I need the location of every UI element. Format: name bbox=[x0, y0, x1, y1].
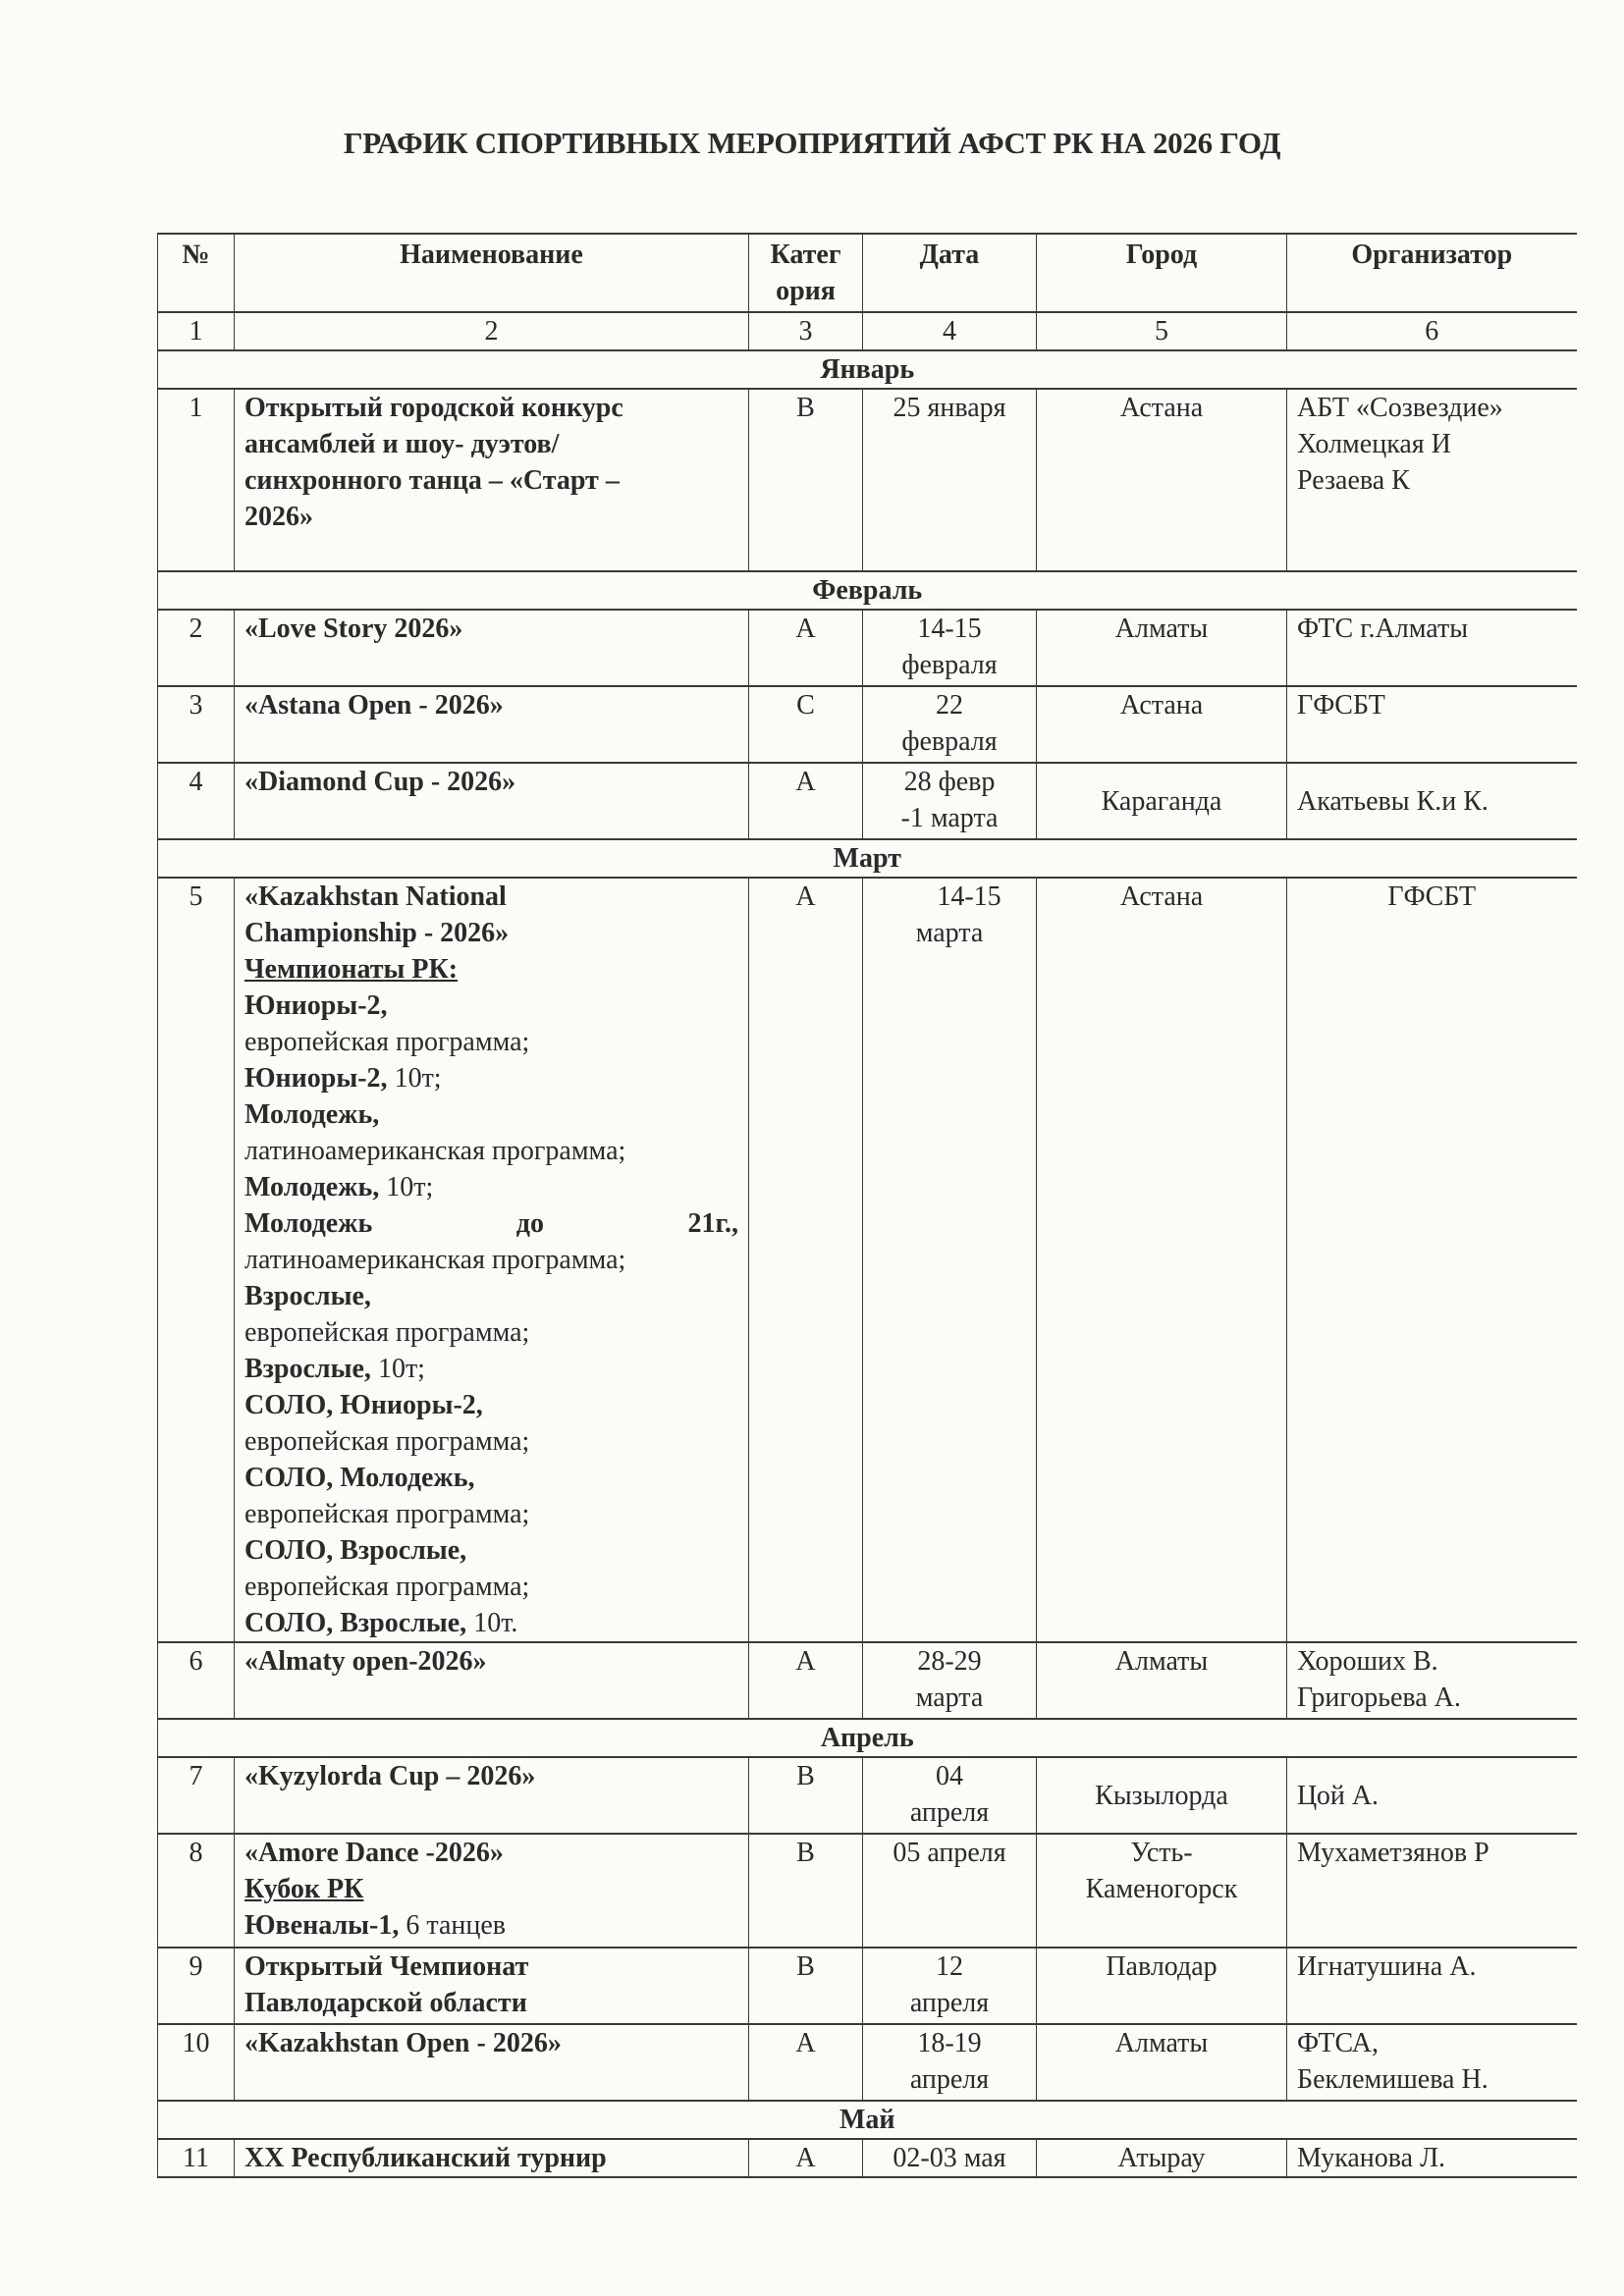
program-line: Юниоры-2, bbox=[244, 988, 738, 1024]
table-row: 8 «Amore Dance -2026» Кубок РК Ювеналы-1… bbox=[158, 1834, 1577, 1948]
event-name-line: Открытый городской конкурс bbox=[244, 390, 738, 426]
event-name-line: «Amore Dance -2026» bbox=[244, 1835, 738, 1871]
event-subheading: Кубок РК bbox=[244, 1871, 738, 1907]
column-index: 2 bbox=[235, 312, 749, 350]
program-detail: европейская программа; bbox=[244, 1426, 529, 1457]
program-line-justified: Молодежь до 21г., bbox=[244, 1205, 738, 1242]
event-name: «Kyzylorda Cup – 2026» bbox=[235, 1757, 749, 1834]
header-category: Катег ория bbox=[749, 234, 863, 312]
organizer-line: Беклемишева Н. bbox=[1297, 2061, 1567, 2098]
program-group: Взрослые, bbox=[244, 1354, 371, 1384]
event-date: 18-19 апреля bbox=[863, 2024, 1037, 2101]
program-group: Ювеналы-1, bbox=[244, 1910, 399, 1941]
month-row-march: Март bbox=[158, 839, 1577, 878]
header-category-line: ория bbox=[759, 273, 852, 309]
event-name: XX Республиканский турнир bbox=[235, 2139, 749, 2177]
program-detail: латиноамериканская программа; bbox=[244, 1245, 625, 1275]
event-name-line: Championship - 2026» bbox=[244, 915, 738, 951]
event-city: Алматы bbox=[1037, 610, 1287, 686]
date-line: апреля bbox=[867, 1794, 1032, 1831]
program-line: европейская программа; bbox=[244, 1569, 738, 1605]
event-category: А bbox=[749, 878, 863, 1642]
row-number: 11 bbox=[158, 2139, 235, 2177]
event-date: 12 апреля bbox=[863, 1948, 1037, 2024]
event-city: Усть- Каменогорск bbox=[1037, 1834, 1287, 1948]
program-line: СОЛО, Юниоры-2, bbox=[244, 1387, 738, 1423]
program-detail: латиноамериканская программа; bbox=[244, 1136, 625, 1166]
date-line: -1 марта bbox=[867, 800, 1032, 836]
month-label: Май bbox=[158, 2101, 1577, 2139]
program-group: Молодежь, bbox=[244, 1099, 379, 1130]
event-city: Алматы bbox=[1037, 1642, 1287, 1719]
program-group: Юниоры-2, bbox=[244, 1063, 388, 1094]
table-row: 1 Открытый городской конкурс ансамблей и… bbox=[158, 389, 1577, 571]
header-name: Наименование bbox=[235, 234, 749, 312]
date-line: апреля bbox=[867, 2061, 1032, 2098]
row-number: 8 bbox=[158, 1834, 235, 1948]
month-row-april: Апрель bbox=[158, 1719, 1577, 1757]
city-line: Каменогорск bbox=[1047, 1871, 1276, 1907]
event-name: «Amore Dance -2026» Кубок РК Ювеналы-1, … bbox=[235, 1834, 749, 1948]
event-city: Астана bbox=[1037, 686, 1287, 763]
event-name: «Diamond Cup - 2026» bbox=[235, 763, 749, 839]
month-label: Январь bbox=[158, 350, 1577, 389]
row-number: 5 bbox=[158, 878, 235, 1642]
event-name-line: синхронного танца – «Старт – bbox=[244, 462, 738, 499]
program-line: европейская программа; bbox=[244, 1024, 738, 1060]
organizer-line: Хороших В. bbox=[1297, 1643, 1567, 1680]
date-line: марта bbox=[867, 915, 1032, 951]
event-category: В bbox=[749, 1948, 863, 2024]
row-number: 9 bbox=[158, 1948, 235, 2024]
event-date: 14-15 февраля bbox=[863, 610, 1037, 686]
table-header-row: № Наименование Катег ория Дата Город Орг… bbox=[158, 234, 1577, 312]
event-name-line: «Kazakhstan National bbox=[244, 879, 738, 915]
date-line: 14-15 bbox=[867, 879, 1032, 915]
city-line: Усть- bbox=[1047, 1835, 1276, 1871]
table-row: 7 «Kyzylorda Cup – 2026» В 04 апреля Кыз… bbox=[158, 1757, 1577, 1834]
program-line: европейская программа; bbox=[244, 1496, 738, 1532]
table-row: 5 «Kazakhstan National Championship - 20… bbox=[158, 878, 1577, 1642]
organizer-line: Холмецкая И bbox=[1297, 426, 1567, 462]
event-date: 25 января bbox=[863, 389, 1037, 571]
organizer-line: ФТСА, bbox=[1297, 2025, 1567, 2061]
event-name-line: ансамблей и шоу- дуэтов/ bbox=[244, 426, 738, 462]
event-date: 02-03 мая bbox=[863, 2139, 1037, 2177]
date-line: 28 февр bbox=[867, 764, 1032, 800]
event-organizer: АБТ «Созвездие» Холмецкая И Резаева К bbox=[1287, 389, 1577, 571]
event-category: С bbox=[749, 686, 863, 763]
table-row: 9 Открытый Чемпионат Павлодарской област… bbox=[158, 1948, 1577, 2024]
event-name-line: Павлодарской области bbox=[244, 1985, 738, 2021]
event-category: А bbox=[749, 2024, 863, 2101]
document-title: ГРАФИК СПОРТИВНЫХ МЕРОПРИЯТИЙ АФСТ РК НА… bbox=[0, 126, 1624, 161]
row-number: 4 bbox=[158, 763, 235, 839]
row-number: 1 bbox=[158, 389, 235, 571]
event-organizer: Хороших В. Григорьева А. bbox=[1287, 1642, 1577, 1719]
date-line: февраля bbox=[867, 723, 1032, 760]
program-detail: европейская программа; bbox=[244, 1572, 529, 1602]
event-category: А bbox=[749, 763, 863, 839]
row-number: 6 bbox=[158, 1642, 235, 1719]
month-row-february: Февраль bbox=[158, 571, 1577, 610]
program-group: Взрослые, bbox=[244, 1281, 371, 1311]
event-organizer: ФТСА, Беклемишева Н. bbox=[1287, 2024, 1577, 2101]
event-date: 28 февр -1 марта bbox=[863, 763, 1037, 839]
program-line: Молодежь, bbox=[244, 1096, 738, 1133]
column-index-row: 1 2 3 4 5 6 bbox=[158, 312, 1577, 350]
event-date: 14-15 марта bbox=[863, 878, 1037, 1642]
program-detail: европейская программа; bbox=[244, 1499, 529, 1529]
table-row: 11 XX Республиканский турнир А 02-03 мая… bbox=[158, 2139, 1577, 2177]
event-organizer: Муканова Л. bbox=[1287, 2139, 1577, 2177]
date-line: апреля bbox=[867, 1985, 1032, 2021]
program-group: СОЛО, Молодежь, bbox=[244, 1463, 475, 1493]
program-detail: 10т; bbox=[388, 1063, 442, 1094]
header-organizer: Организатор bbox=[1287, 234, 1577, 312]
date-line: 22 bbox=[867, 687, 1032, 723]
program-group: СОЛО, Взрослые, bbox=[244, 1535, 466, 1566]
event-category: В bbox=[749, 1834, 863, 1948]
event-organizer: Цой А. bbox=[1287, 1757, 1577, 1834]
month-label: Апрель bbox=[158, 1719, 1577, 1757]
program-group: Молодежь, bbox=[244, 1172, 379, 1202]
month-row-january: Январь bbox=[158, 350, 1577, 389]
event-name: Открытый Чемпионат Павлодарской области bbox=[235, 1948, 749, 2024]
program-detail: европейская программа; bbox=[244, 1317, 529, 1348]
event-organizer: ГФСБТ bbox=[1287, 686, 1577, 763]
organizer-line: Резаева К bbox=[1297, 462, 1567, 499]
column-index: 1 bbox=[158, 312, 235, 350]
program-word: 21г., bbox=[687, 1205, 738, 1242]
date-line: 18-19 bbox=[867, 2025, 1032, 2061]
program-line: Взрослые, bbox=[244, 1278, 738, 1314]
program-line: Юниоры-2, 10т; bbox=[244, 1060, 738, 1096]
event-name-line: 2026» bbox=[244, 499, 738, 535]
program-detail: 6 танцев bbox=[399, 1910, 506, 1941]
event-city: Павлодар bbox=[1037, 1948, 1287, 2024]
event-organizer: Мухаметзянов Р bbox=[1287, 1834, 1577, 1948]
header-num: № bbox=[158, 234, 235, 312]
row-number: 2 bbox=[158, 610, 235, 686]
event-city: Атырау bbox=[1037, 2139, 1287, 2177]
program-line: Молодежь, 10т; bbox=[244, 1169, 738, 1205]
table-row: 2 «Love Story 2026» А 14-15 февраля Алма… bbox=[158, 610, 1577, 686]
table-row: 10 «Kazakhstan Open - 2026» А 18-19 апре… bbox=[158, 2024, 1577, 2101]
row-number: 10 bbox=[158, 2024, 235, 2101]
program-detail: 10т; bbox=[371, 1354, 425, 1384]
event-name: «Love Story 2026» bbox=[235, 610, 749, 686]
program-line: СОЛО, Взрослые, 10т. bbox=[244, 1605, 738, 1641]
event-organizer: ГФСБТ bbox=[1287, 878, 1577, 1642]
program-line: латиноамериканская программа; bbox=[244, 1133, 738, 1169]
event-name: Открытый городской конкурс ансамблей и ш… bbox=[235, 389, 749, 571]
event-category: А bbox=[749, 610, 863, 686]
event-name: «Kazakhstan Open - 2026» bbox=[235, 2024, 749, 2101]
date-line: 12 bbox=[867, 1949, 1032, 1985]
column-index: 5 bbox=[1037, 312, 1287, 350]
column-index: 6 bbox=[1287, 312, 1577, 350]
event-subheading: Чемпионаты РК: bbox=[244, 951, 738, 988]
event-date: 22 февраля bbox=[863, 686, 1037, 763]
program-line: Взрослые, 10т; bbox=[244, 1351, 738, 1387]
event-city: Караганда bbox=[1037, 763, 1287, 839]
header-category-line: Катег bbox=[759, 237, 852, 273]
month-label: Февраль bbox=[158, 571, 1577, 610]
month-row-may: Май bbox=[158, 2101, 1577, 2139]
row-number: 3 bbox=[158, 686, 235, 763]
program-line: Ювеналы-1, 6 танцев bbox=[244, 1907, 738, 1944]
program-line: европейская программа; bbox=[244, 1314, 738, 1351]
event-name: «Astana Open - 2026» bbox=[235, 686, 749, 763]
program-line: латиноамериканская программа; bbox=[244, 1242, 738, 1278]
organizer-line: Григорьева А. bbox=[1297, 1680, 1567, 1716]
event-category: А bbox=[749, 2139, 863, 2177]
table-row: 3 «Astana Open - 2026» С 22 февраля Аста… bbox=[158, 686, 1577, 763]
date-line: марта bbox=[867, 1680, 1032, 1716]
event-organizer: ФТС г.Алматы bbox=[1287, 610, 1577, 686]
event-date: 28-29 марта bbox=[863, 1642, 1037, 1719]
program-line: европейская программа; bbox=[244, 1423, 738, 1460]
program-detail: 10т. bbox=[466, 1608, 517, 1638]
event-category: В bbox=[749, 1757, 863, 1834]
event-organizer: Акатьевы К.и К. bbox=[1287, 763, 1577, 839]
event-organizer: Игнатушина А. bbox=[1287, 1948, 1577, 2024]
header-date: Дата bbox=[863, 234, 1037, 312]
events-schedule-table: № Наименование Катег ория Дата Город Орг… bbox=[157, 233, 1577, 2178]
event-city: Астана bbox=[1037, 389, 1287, 571]
program-word: до bbox=[516, 1205, 544, 1242]
date-line: февраля bbox=[867, 647, 1032, 683]
date-line: 04 bbox=[867, 1758, 1032, 1794]
event-city: Алматы bbox=[1037, 2024, 1287, 2101]
table-row: 4 «Diamond Cup - 2026» А 28 февр -1 март… bbox=[158, 763, 1577, 839]
row-number: 7 bbox=[158, 1757, 235, 1834]
program-detail: европейская программа; bbox=[244, 1027, 529, 1057]
column-index: 3 bbox=[749, 312, 863, 350]
program-detail: 10т; bbox=[379, 1172, 433, 1202]
organizer-line: АБТ «Созвездие» bbox=[1297, 390, 1567, 426]
date-line: 28-29 bbox=[867, 1643, 1032, 1680]
event-name-line: Открытый Чемпионат bbox=[244, 1949, 738, 1985]
event-name: «Kazakhstan National Championship - 2026… bbox=[235, 878, 749, 1642]
table-row: 6 «Almaty open-2026» А 28-29 марта Алмат… bbox=[158, 1642, 1577, 1719]
program-group: Юниоры-2, bbox=[244, 990, 388, 1021]
month-label: Март bbox=[158, 839, 1577, 878]
program-word: Молодежь bbox=[244, 1205, 372, 1242]
program-line: СОЛО, Взрослые, bbox=[244, 1532, 738, 1569]
program-group: СОЛО, Юниоры-2, bbox=[244, 1390, 483, 1420]
event-city: Астана bbox=[1037, 878, 1287, 1642]
program-line: СОЛО, Молодежь, bbox=[244, 1460, 738, 1496]
event-name: «Almaty open-2026» bbox=[235, 1642, 749, 1719]
date-line: 14-15 bbox=[867, 611, 1032, 647]
event-category: А bbox=[749, 1642, 863, 1719]
program-group: СОЛО, Взрослые, bbox=[244, 1608, 466, 1638]
event-date: 04 апреля bbox=[863, 1757, 1037, 1834]
event-date: 05 апреля bbox=[863, 1834, 1037, 1948]
column-index: 4 bbox=[863, 312, 1037, 350]
header-city: Город bbox=[1037, 234, 1287, 312]
event-category: В bbox=[749, 389, 863, 571]
event-city: Кызылорда bbox=[1037, 1757, 1287, 1834]
